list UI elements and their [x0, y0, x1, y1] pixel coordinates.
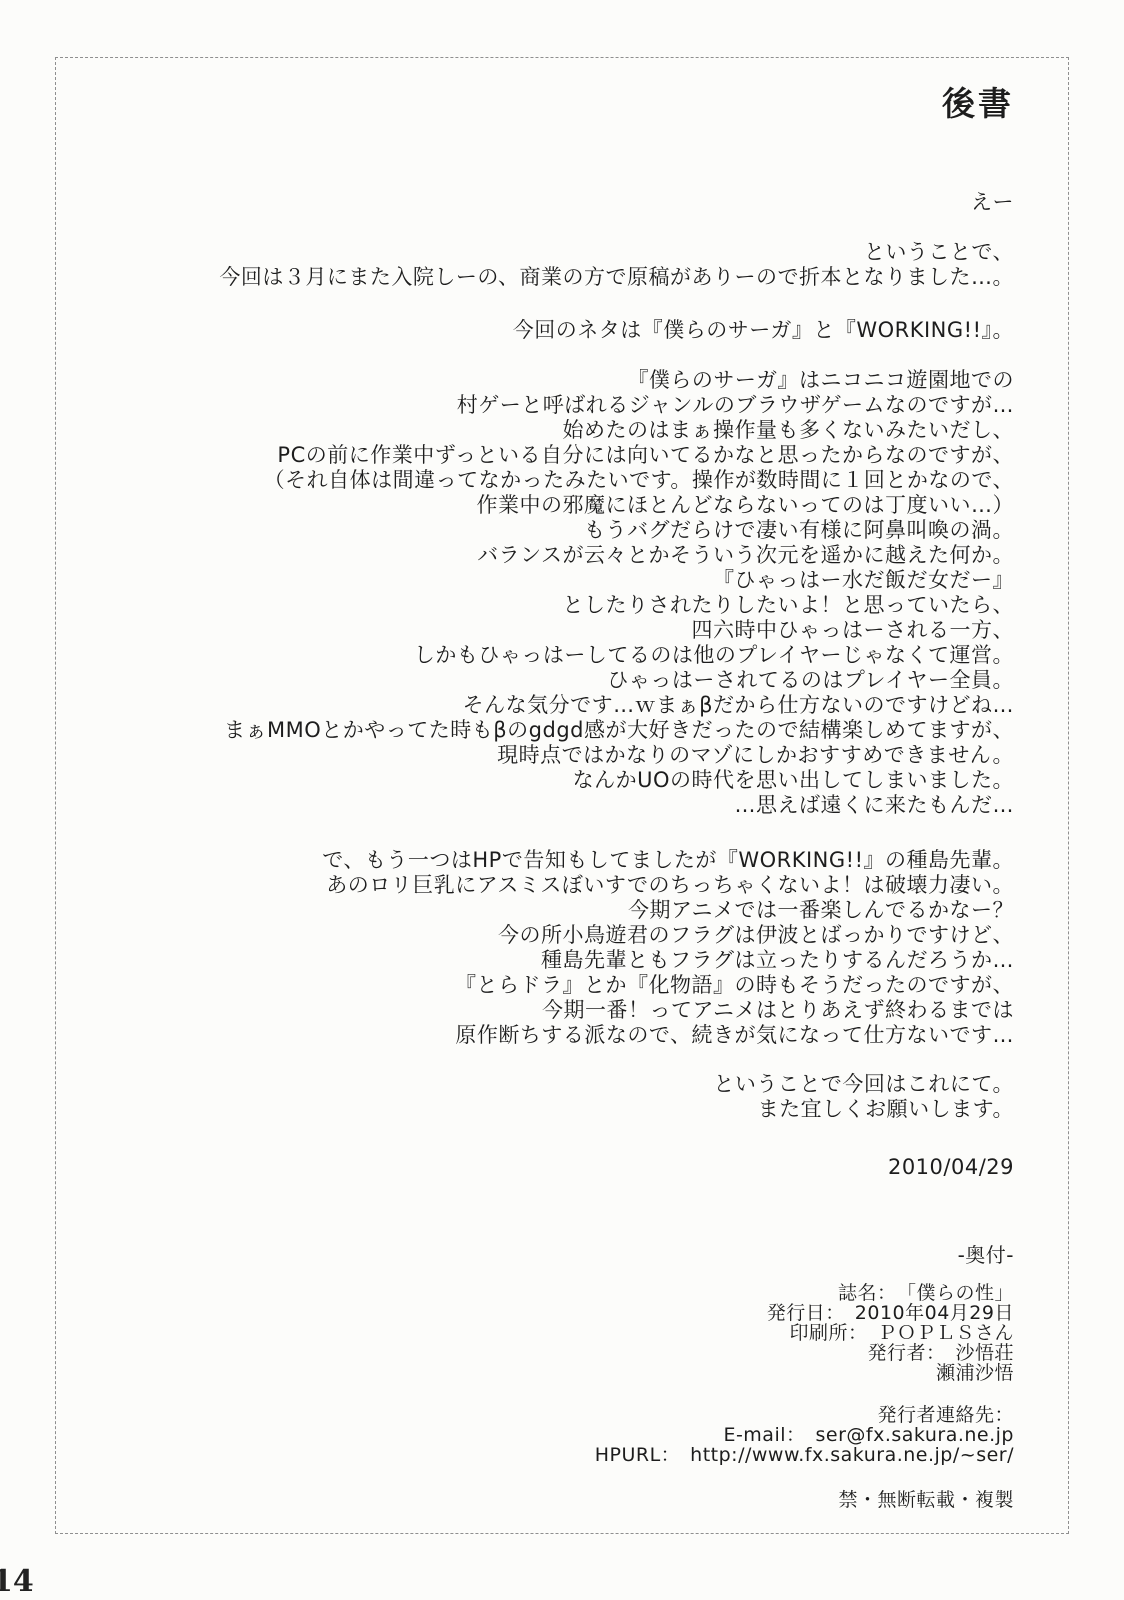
afterword-page: 後書 えー ということで、今回は３月にまた入院しーの、商業の方で原稿がありーので…: [56, 58, 1068, 1510]
page-title: 後書: [96, 84, 1014, 124]
text-line: 村ゲーと呼ばれるジャンルのブラウザゲームなのですが…: [96, 393, 1014, 418]
reproduction-notice: 禁・無断転載・複製: [96, 1490, 1014, 1510]
page-number: 14: [0, 1564, 34, 1599]
afterword-topic: 今回のネタは『僕らのサーガ』と『WORKING!!』。: [96, 318, 1014, 343]
text-line: また宜しくお願いします。: [96, 1097, 1014, 1122]
text-line: ということで、: [96, 240, 1014, 265]
text-line: 発行日： 2010年04月29日: [96, 1303, 1014, 1323]
text-line: もうバグだらけで凄い有様に阿鼻叫喚の渦。: [96, 518, 1014, 543]
text-line: 誌名： 「僕らの性」: [96, 1283, 1014, 1303]
text-line: で、もう一つはHPで告知もしてましたが『WORKING!!』の種島先輩。: [96, 848, 1014, 873]
text-line: 原作断ちする派なので、続きが気になって仕方ないです…: [96, 1023, 1014, 1048]
text-line: 発行者： 沙悟荘: [96, 1343, 1014, 1363]
afterword-working-paragraph: で、もう一つはHPで告知もしてましたが『WORKING!!』の種島先輩。あのロリ…: [96, 848, 1014, 1048]
text-line: バランスが云々とかそういう次元を遥かに越えた何か。: [96, 543, 1014, 568]
text-line: 今回は３月にまた入院しーの、商業の方で原稿がありーので折本となりました…。: [96, 265, 1014, 290]
text-line: ということで今回はこれにて。: [96, 1072, 1014, 1097]
text-line: 現時点ではかなりのマゾにしかおすすめできません。: [96, 743, 1014, 768]
text-line: そんな気分です…ｗまぁβだから仕方ないのですけどね…: [96, 693, 1014, 718]
afterword-saga-paragraph: 『僕らのサーガ』はニコニコ遊園地での村ゲーと呼ばれるジャンルのブラウザゲームなの…: [96, 368, 1014, 818]
text-line: 今期一番！ってアニメはとりあえず終わるまでは: [96, 998, 1014, 1023]
afterword-opening: ということで、今回は３月にまた入院しーの、商業の方で原稿がありーので折本となりま…: [96, 240, 1014, 290]
afterword-closing: ということで今回はこれにて。また宜しくお願いします。: [96, 1072, 1014, 1122]
text-line: …思えば遠くに来たもんだ…: [96, 793, 1014, 818]
text-line: えー: [96, 190, 1014, 215]
text-line: 瀬浦沙悟: [96, 1363, 1014, 1383]
colophon-label: -奥付-: [96, 1243, 1014, 1268]
text-line: 始めたのはまぁ操作量も多くないみたいだし、: [96, 418, 1014, 443]
text-line: あのロリ巨乳にアスミスぼいすでのちっちゃくないよ！は破壊力凄い。: [96, 873, 1014, 898]
text-line: 今の所小鳥遊君のフラグは伊波とばっかりですけど、: [96, 923, 1014, 948]
text-line: 種島先輩ともフラグは立ったりするんだろうか…: [96, 948, 1014, 973]
text-line: 作業中の邪魔にほとんどならないってのは丁度いい…）: [96, 493, 1014, 518]
text-line: ひゃっはーされてるのはプレイヤー全員。: [96, 668, 1014, 693]
text-line: としたりされたりしたいよ！と思っていたら、: [96, 593, 1014, 618]
text-line: HPURL： http://www.fx.sakura.ne.jp/~ser/: [96, 1445, 1014, 1465]
text-line: まぁMMOとかやってた時もβのgdgd感が大好きだったので結構楽しめてますが、: [96, 718, 1014, 743]
text-line: 印刷所： ＰＯＰＬＳさん: [96, 1323, 1014, 1343]
text-line: （それ自体は間違ってなかったみたいです。操作が数時間に１回とかなので、: [96, 468, 1014, 493]
text-line: 四六時中ひゃっはーされる一方、: [96, 618, 1014, 643]
colophon-contact: 発行者連絡先：E-mail： ser@fx.sakura.ne.jpHPURL：…: [96, 1405, 1014, 1465]
text-line: 今期アニメでは一番楽しんでるかなー？: [96, 898, 1014, 923]
text-line: 『とらドラ』とか『化物語』の時もそうだったのですが、: [96, 973, 1014, 998]
text-line: E-mail： ser@fx.sakura.ne.jp: [96, 1425, 1014, 1445]
text-line: PCの前に作業中ずっといる自分には向いてるかなと思ったからなのですが、: [96, 443, 1014, 468]
text-line: 今回のネタは『僕らのサーガ』と『WORKING!!』。: [96, 318, 1014, 343]
text-line: 『ひゃっはー水だ飯だ女だー』: [96, 568, 1014, 593]
colophon-entries: 誌名： 「僕らの性」発行日： 2010年04月29日印刷所： ＰＯＰＬＳさん発行…: [96, 1283, 1014, 1383]
text-line: しかもひゃっはーしてるのは他のプレイヤーじゃなくて運営。: [96, 643, 1014, 668]
afterword-intro: えー: [96, 190, 1014, 215]
text-line: 発行者連絡先：: [96, 1405, 1014, 1425]
afterword-date: 2010/04/29: [96, 1155, 1014, 1180]
text-line: 『僕らのサーガ』はニコニコ遊園地での: [96, 368, 1014, 393]
text-line: なんかUOの時代を思い出してしまいました。: [96, 768, 1014, 793]
